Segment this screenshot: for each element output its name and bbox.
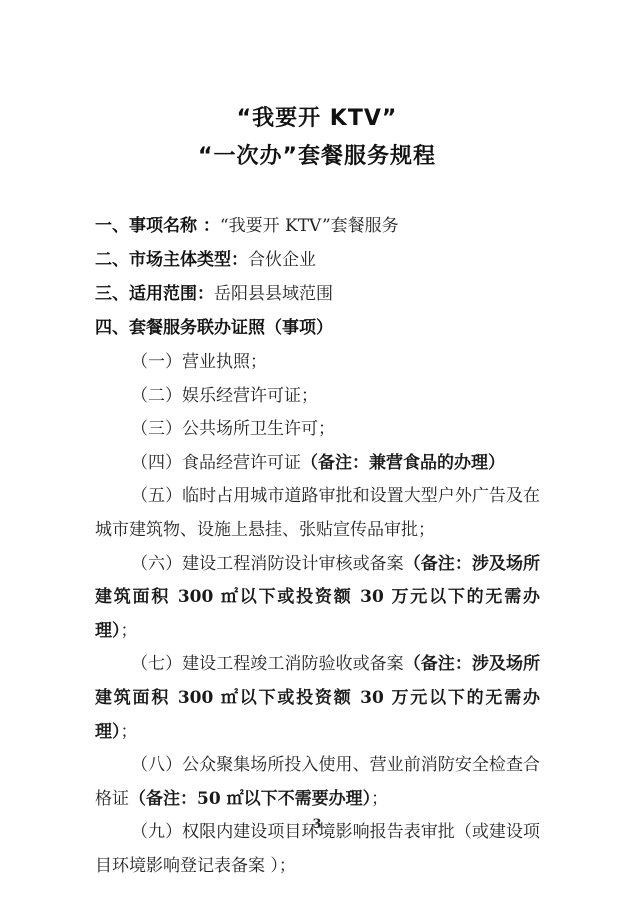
section-value: 岳阳县县域范围 [214,284,333,304]
section-heading-2: 二、市场主体类型：合伙企业 [95,243,540,277]
page-number: 3 [0,817,634,832]
item-tail: ； [371,789,388,809]
section-value: “我要开 KTV”套餐服务 [220,216,399,236]
list-item-3: （三）公共场所卫生许可； [95,413,540,447]
section-heading-3: 三、适用范围：岳阳县县域范围 [95,277,540,311]
item-text: （五）临时占用城市道路审批和设置大型户外广告及在城市建筑物、设施上悬挂、张贴宣传… [95,486,540,540]
item-text: （二）娱乐经营许可证； [131,386,318,406]
list-item-1: （一）营业执照； [95,346,540,380]
list-item-5: （五）临时占用城市道路审批和设置大型户外广告及在城市建筑物、设施上悬挂、张贴宣传… [95,480,540,547]
section-label: 四、套餐服务联办证照（事项） [95,318,333,338]
item-text: （七）建设工程竣工消防验收或备案 [131,654,404,674]
item-remark: （备注：50 ㎡以下不需要办理） [129,789,371,809]
item-text: （一）营业执照； [131,352,267,372]
list-item-2: （二）娱乐经营许可证； [95,380,540,414]
section-heading-1: 一、事项名称 ：“我要开 KTV”套餐服务 [95,209,540,243]
document-title: “我要开 KTV” “一次办”套餐服务规程 [0,0,634,176]
list-item-7: （七）建设工程竣工消防验收或备案（备注：涉及场所建筑面积 300 ㎡以下或投资额… [95,648,540,749]
item-tail: ； [121,722,138,742]
item-list: （一）营业执照； （二）娱乐经营许可证； （三）公共场所卫生许可； （四）食品经… [95,346,540,884]
section-label: 二、市场主体类型： [95,250,248,270]
list-item-6: （六）建设工程消防设计审核或备案（备注：涉及场所建筑面积 300 ㎡以下或投资额… [95,548,540,649]
item-tail: ； [121,621,138,641]
list-item-8: （八）公众聚集场所投入使用、营业前消防安全检查合格证（备注：50 ㎡以下不需要办… [95,749,540,816]
section-label: 一、事项名称 ： [95,216,220,236]
section-heading-4: 四、套餐服务联办证照（事项） [95,311,540,345]
section-label: 三、适用范围： [95,284,214,304]
document-body: 一、事项名称 ：“我要开 KTV”套餐服务 二、市场主体类型：合伙企业 三、适用… [95,209,540,884]
item-text: （三）公共场所卫生许可； [131,419,335,439]
list-item-4: （四）食品经营许可证（备注：兼营食品的办理） [95,447,540,481]
title-line-1: “我要开 KTV” [0,100,634,138]
section-value: 合伙企业 [248,250,316,270]
title-line-2: “一次办”套餐服务规程 [0,138,634,176]
item-text: （六）建设工程消防设计审核或备案 [131,554,404,574]
item-remark: （备注：兼营食品的办理） [301,453,505,473]
document-page: “我要开 KTV” “一次办”套餐服务规程 一、事项名称 ：“我要开 KTV”套… [0,0,634,898]
item-text: （四）食品经营许可证 [131,453,301,473]
